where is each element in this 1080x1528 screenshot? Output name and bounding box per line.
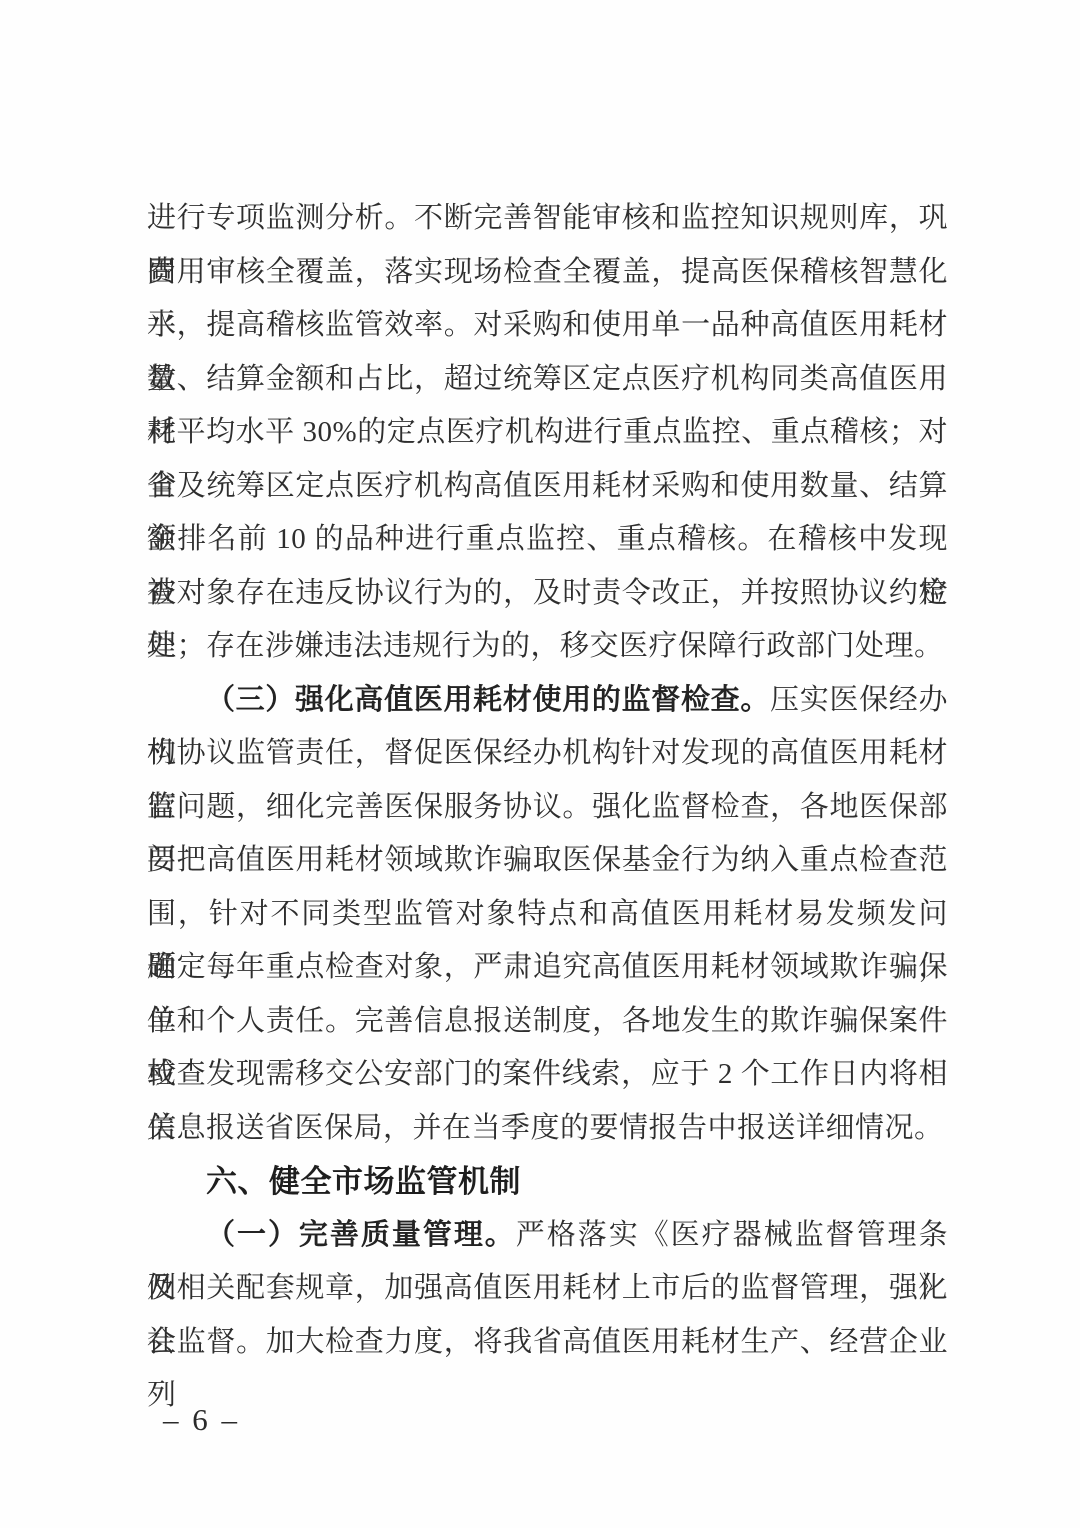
clause-first-line: （三）强化高值医用耗材使用的监督检查。压实医保经办机 — [147, 674, 948, 728]
body-line: 确定每年重点检查对象，严肃追究高值医用耗材领域欺诈骗保单 — [147, 941, 948, 995]
body-line: 要把高值医用耗材领域欺诈骗取医保基金行为纳入重点检查范 — [147, 834, 948, 888]
body-line: 费用审核全覆盖，落实现场检查全覆盖，提高医保稽核智慧化水 — [147, 246, 948, 300]
body-line: 平，提高稽核监管效率。对采购和使用单一品种高值医用耗材数 — [147, 299, 948, 353]
document-page: 进行专项监测分析。不断完善智能审核和监控知识规则库，巩固 费用审核全覆盖，落实现… — [0, 0, 1080, 1528]
body-line: 省及统筹区定点医疗机构高值医用耗材采购和使用数量、结算金 — [147, 460, 948, 514]
document-body: 进行专项监测分析。不断完善智能审核和监控知识规则库，巩固 费用审核全覆盖，落实现… — [147, 192, 948, 1369]
section-heading: 六、健全市场监管机制 — [147, 1155, 948, 1209]
body-line: 管问题，细化完善医保服务协议。强化监督检查，各地医保部门 — [147, 781, 948, 835]
body-line: 围，针对不同类型监管对象特点和高值医用耗材易发频发问题， — [147, 888, 948, 942]
page-number: – 6 – — [163, 1398, 240, 1442]
body-line: 材平均水平 30%的定点医疗机构进行重点监控、重点稽核；对全 — [147, 406, 948, 460]
clause-title: （一）完善质量管理。 — [206, 1219, 516, 1251]
body-line: 信息报送省医保局，并在当季度的要情报告中报送详细情况。 — [147, 1102, 948, 1156]
body-line: 及相关配套规章，加强高值医用耗材上市后的监督管理，强化社 — [147, 1262, 948, 1316]
body-line: 理；存在涉嫌违法违规行为的，移交医疗保障行政部门处理。 — [147, 620, 948, 674]
body-line: 量、结算金额和占比，超过统筹区定点医疗机构同类高值医用耗 — [147, 353, 948, 407]
body-line: 额排名前 10 的品种进行重点监控、重点稽核。在稽核中发现被检 — [147, 513, 948, 567]
body-line: 会监督。加大检查力度，将我省高值医用耗材生产、经营企业列 — [147, 1316, 948, 1370]
body-line: 进行专项监测分析。不断完善智能审核和监控知识规则库，巩固 — [147, 192, 948, 246]
body-line: 构协议监管责任，督促医保经办机构针对发现的高值医用耗材监 — [147, 727, 948, 781]
body-line: 检查发现需移交公安部门的案件线索，应于 2 个工作日内将相关 — [147, 1048, 948, 1102]
body-line: 查对象存在违反协议行为的，及时责令改正，并按照协议约定处 — [147, 567, 948, 621]
body-line: 位和个人责任。完善信息报送制度，各地发生的欺诈骗保案件或 — [147, 995, 948, 1049]
clause-first-line: （一）完善质量管理。严格落实《医疗器械监督管理条例》 — [147, 1209, 948, 1263]
clause-title: （三）强化高值医用耗材使用的监督检查。 — [206, 684, 770, 716]
